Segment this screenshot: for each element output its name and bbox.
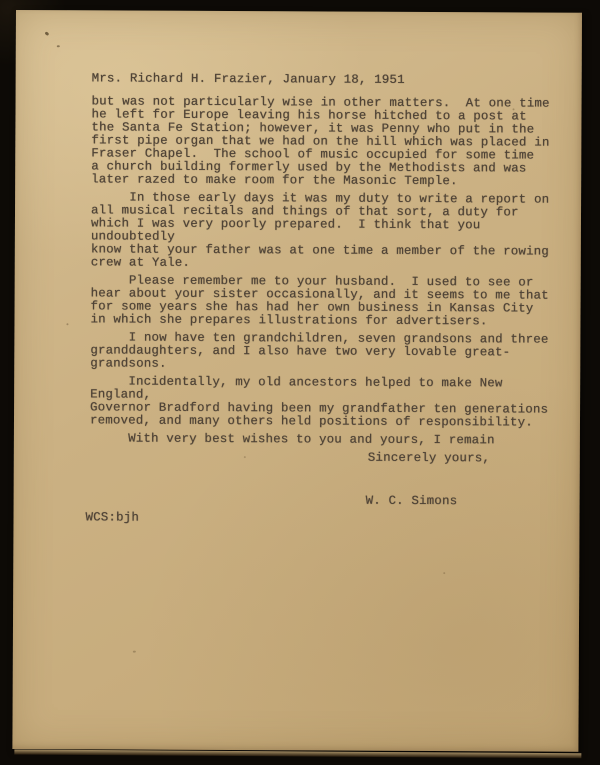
scan-background: Mrs. Richard H. Frazier, January 18, 195…	[0, 0, 600, 765]
letter-paragraph-1: but was not particularly wise in other m…	[91, 95, 563, 188]
typist-initials: WCS:bjh	[85, 511, 561, 526]
paper-speck	[133, 651, 136, 653]
letter-page: Mrs. Richard H. Frazier, January 18, 195…	[12, 10, 582, 752]
letter-paragraph-2: In those early days it was my duty to wr…	[91, 191, 563, 271]
letter-paragraph-4: I now have ten grandchildren, seven gran…	[90, 331, 562, 372]
letter-content: Mrs. Richard H. Frazier, January 18, 195…	[13, 10, 582, 527]
letter-paragraph-5: Incidentally, my old ancestors helped to…	[90, 375, 562, 429]
paper-speck	[443, 572, 445, 574]
paper-bottom-edge	[14, 750, 581, 759]
letter-paragraph-3: Please remember me to your husband. I us…	[90, 274, 562, 328]
letter-closing: Sincerely yours,	[368, 452, 562, 466]
letter-paragraph-6: With very best wishes to you and yours, …	[90, 432, 562, 447]
recipient-date-line: Mrs. Richard H. Frazier, January 18, 195…	[92, 72, 564, 87]
letter-signature: W. C. Simons	[366, 495, 562, 509]
